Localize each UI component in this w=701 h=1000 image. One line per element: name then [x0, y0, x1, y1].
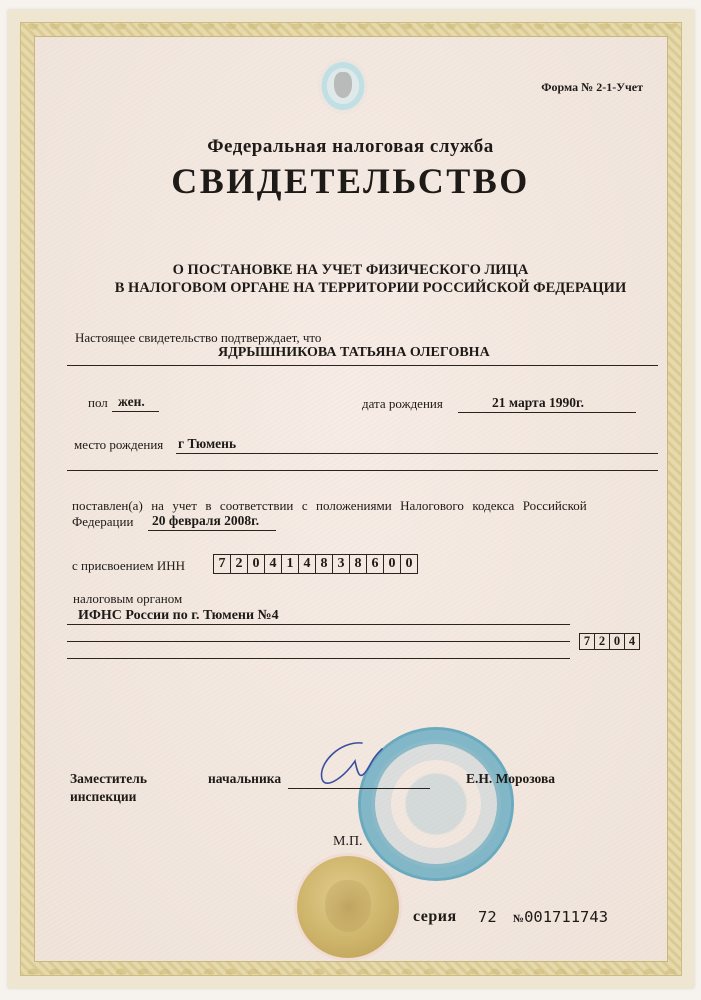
number-prefix: №	[513, 913, 524, 925]
inn-digit-cell: 3	[333, 555, 350, 573]
seal-label: М.П.	[333, 834, 363, 850]
birth-place-underline-2	[67, 470, 658, 471]
inn-digit-cell: 2	[231, 555, 248, 573]
authority-code-digit-cell: 7	[580, 634, 595, 649]
authority-code-digit-cell: 4	[625, 634, 639, 649]
authority-label: налоговым органом	[73, 591, 182, 607]
registration-text-line2-label: Федерации	[72, 514, 133, 530]
registration-date-value: 20 февраля 2008г.	[152, 513, 259, 529]
series-label: серия	[413, 908, 457, 926]
series-value: 72	[478, 908, 497, 926]
position-line2: инспекции	[70, 789, 136, 805]
document-title: СВИДЕТЕЛЬСТВО	[0, 160, 701, 202]
sex-value: жен.	[118, 394, 145, 410]
inn-label: с присвоением ИНН	[72, 558, 185, 574]
full-name-underline	[67, 365, 658, 366]
inn-digit-cell: 7	[214, 555, 231, 573]
full-name-value: ЯДРЫШНИКОВА ТАТЬЯНА ОЛЕГОВНА	[218, 345, 490, 361]
birth-place-label: место рождения	[74, 437, 163, 453]
inn-digit-cell: 8	[350, 555, 367, 573]
birth-place-underline	[176, 453, 658, 454]
signer-name: Е.Н. Морозова	[466, 771, 555, 787]
document-subtitle-line2: В НАЛОГОВОМ ОРГАНЕ НА ТЕРРИТОРИИ РОССИЙС…	[40, 280, 701, 297]
authority-underline-2	[67, 641, 570, 642]
birth-place-value: г Тюмень	[178, 436, 236, 452]
authority-value: ИФНС России по г. Тюмени №4	[78, 608, 279, 624]
signature-mark-icon	[300, 735, 400, 795]
registration-text-line1: поставлен(а) на учет в соответствии с по…	[72, 498, 587, 514]
registration-date-underline	[148, 530, 276, 531]
birth-date-underline	[458, 412, 636, 413]
signature-line	[288, 788, 430, 789]
inn-digit-cell: 1	[282, 555, 299, 573]
authority-underline-1	[67, 624, 570, 625]
inn-digit-cell: 6	[367, 555, 384, 573]
authority-code-digit-cell: 2	[595, 634, 610, 649]
inn-digit-cell: 0	[384, 555, 401, 573]
inn-digit-cell: 4	[299, 555, 316, 573]
birth-date-label: дата рождения	[362, 396, 443, 412]
intro-label: Настоящее свидетельство подтверждает, чт…	[75, 330, 321, 346]
inn-digit-cell: 4	[265, 555, 282, 573]
authority-code-cells: 7204	[579, 632, 640, 650]
sex-label: пол	[88, 395, 108, 411]
state-emblem-hologram-icon	[318, 58, 368, 114]
position-word1: Заместитель	[70, 771, 147, 787]
number-value: 001711743	[524, 908, 608, 926]
inn-digit-cell: 8	[316, 555, 333, 573]
form-number: Форма № 2-1-Учет	[541, 80, 643, 95]
serial-number: №001711743	[513, 908, 608, 927]
document-subtitle-line1: О ПОСТАНОВКЕ НА УЧЕТ ФИЗИЧЕСКОГО ЛИЦА	[0, 262, 701, 279]
sex-underline	[112, 411, 159, 412]
authority-code-digit-cell: 0	[610, 634, 625, 649]
position-word2: начальника	[208, 771, 281, 787]
inn-digit-cell: 0	[401, 555, 417, 573]
birth-date-value: 21 марта 1990г.	[492, 395, 584, 411]
gold-emblem-seal-icon	[297, 856, 399, 958]
authority-underline-3	[67, 658, 570, 659]
inn-cells: 720414838600	[213, 554, 418, 574]
agency-name: Федеральная налоговая служба	[0, 136, 701, 158]
inn-digit-cell: 0	[248, 555, 265, 573]
